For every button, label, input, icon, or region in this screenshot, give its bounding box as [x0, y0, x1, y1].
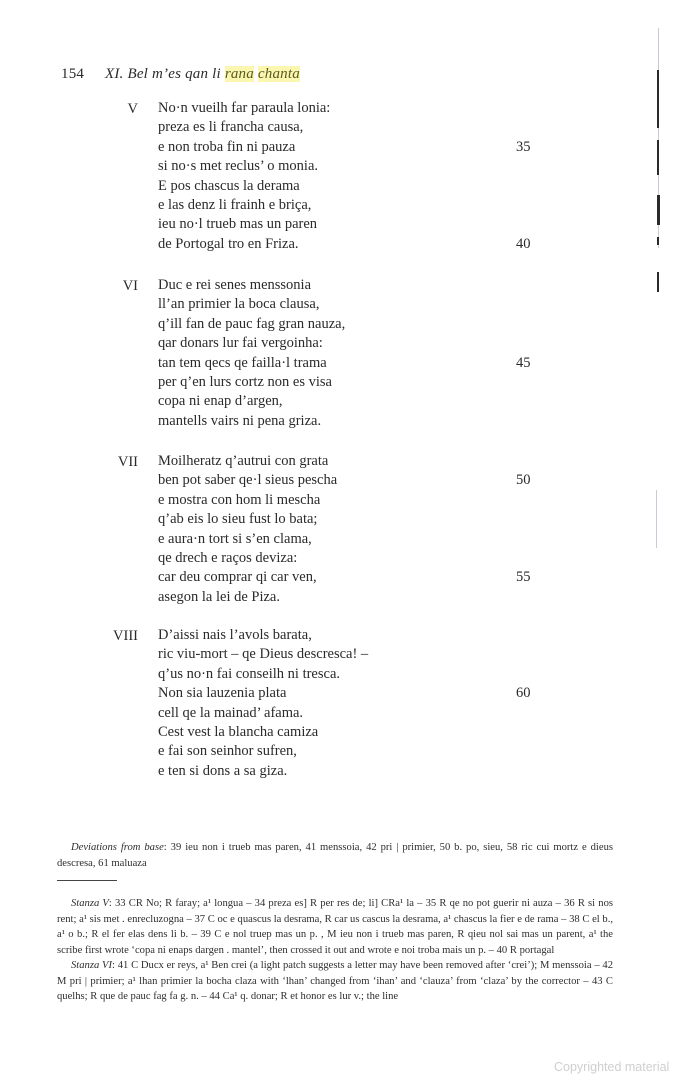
line-number: 60: [516, 684, 531, 703]
verse-line: tan tem qecs qe failla·l trama: [158, 354, 327, 373]
verse-line: e las denz li frainh e briça,: [158, 196, 311, 215]
title-text: XI. Bel m’es qan li: [105, 66, 225, 82]
stanza-numeral: VIII: [98, 628, 138, 645]
verse-line: preza es li francha causa,: [158, 118, 303, 137]
verse-line: No·n vueilh far paraula lonia:: [158, 99, 330, 118]
verse-line: de Portogal tro en Friza.: [158, 235, 299, 254]
verse-line: e non troba fin ni pauza: [158, 138, 295, 157]
poem-title: XI. Bel m’es qan li rana chanta: [105, 66, 300, 82]
running-header: 154XI. Bel m’es qan li rana chanta: [61, 66, 300, 83]
highlighted-word-chanta: chanta: [258, 66, 300, 82]
verse-line: cell qe la mainad’ afama.: [158, 704, 303, 723]
copyright-watermark: Copyrighted material: [554, 1060, 669, 1074]
verse-line: Moilheratz q’autrui con grata: [158, 452, 328, 471]
verse-line: e fai son seinhor sufren,: [158, 742, 297, 761]
verse-line: qar donars lur fai vergoinha:: [158, 334, 323, 353]
verse-line: ieu no·l trueb mas un paren: [158, 215, 317, 234]
verse-line: D’aissi nais l’avols barata,: [158, 626, 312, 645]
verse-line: Non sia lauzenia plata: [158, 684, 286, 703]
stanza-numeral: VI: [98, 278, 138, 295]
verse-line: ric viu-mort – qe Dieus descresca! –: [158, 645, 368, 664]
line-number: 35: [516, 138, 531, 157]
stanza6-label: Stanza VI: [71, 960, 112, 971]
verse-line: si no·s met reclus’ o monia.: [158, 157, 318, 176]
verse-line: q’ill fan de pauc fag gran nauza,: [158, 315, 345, 334]
verse-line: copa ni enap d’argen,: [158, 392, 283, 411]
verse-line: Duc e rei senes menssonia: [158, 276, 311, 295]
verse-line: Cest vest la blancha camiza: [158, 723, 318, 742]
verse-line: q’ab eis lo sieu fust lo bata;: [158, 510, 317, 529]
scan-edge-mark: [657, 237, 659, 245]
deviations-label: Deviations from base: [71, 842, 164, 853]
verse-line: qe drech e raços deviza:: [158, 549, 297, 568]
verse-line: E pos chascus la derama: [158, 177, 300, 196]
scan-edge-mark: [657, 140, 659, 175]
deviations-note: Deviations from base: 39 ieu non i trueb…: [57, 840, 613, 871]
verse-line: car deu comprar qi car ven,: [158, 568, 317, 587]
page-number: 154: [61, 66, 105, 83]
verse-line: asegon la lei de Piza.: [158, 588, 280, 607]
scan-edge-line: [656, 490, 657, 548]
verse-line: e ten si dons a sa giza.: [158, 762, 287, 781]
stanza-numeral: VII: [98, 454, 138, 471]
verse-line: q’us no·n fai conseilh ni tresca.: [158, 665, 340, 684]
scan-edge-mark: [657, 272, 659, 292]
scan-edge-mark: [657, 70, 659, 128]
verse-line: mantells vairs ni pena griza.: [158, 412, 321, 431]
verse-line: ll’an primier la boca clausa,: [158, 295, 319, 314]
stanza5-label: Stanza V: [71, 898, 109, 909]
highlighted-word-rana: rana: [225, 66, 254, 82]
verse-line: ben pot saber qe·l sieus pescha: [158, 471, 337, 490]
line-number: 50: [516, 471, 531, 490]
verse-line: e mostra con hom li mescha: [158, 491, 320, 510]
line-number: 40: [516, 235, 531, 254]
stanza5-notes: : 33 CR No; R faray; a¹ longua – 34 prez…: [57, 898, 613, 956]
line-number: 45: [516, 354, 531, 373]
variant-notes: Stanza V: 33 CR No; R faray; a¹ longua –…: [57, 896, 613, 1005]
verse-line: per q’en lurs cortz non es visa: [158, 373, 332, 392]
scan-edge-mark: [657, 195, 660, 225]
footnote-divider: [57, 880, 117, 881]
stanza6-notes: : 41 C Ducx er reys, a¹ Ben crei (a ligh…: [57, 960, 613, 1002]
verse-line: e aura·n tort si s’en clama,: [158, 530, 312, 549]
line-number: 55: [516, 568, 531, 587]
stanza-numeral: V: [98, 101, 138, 118]
